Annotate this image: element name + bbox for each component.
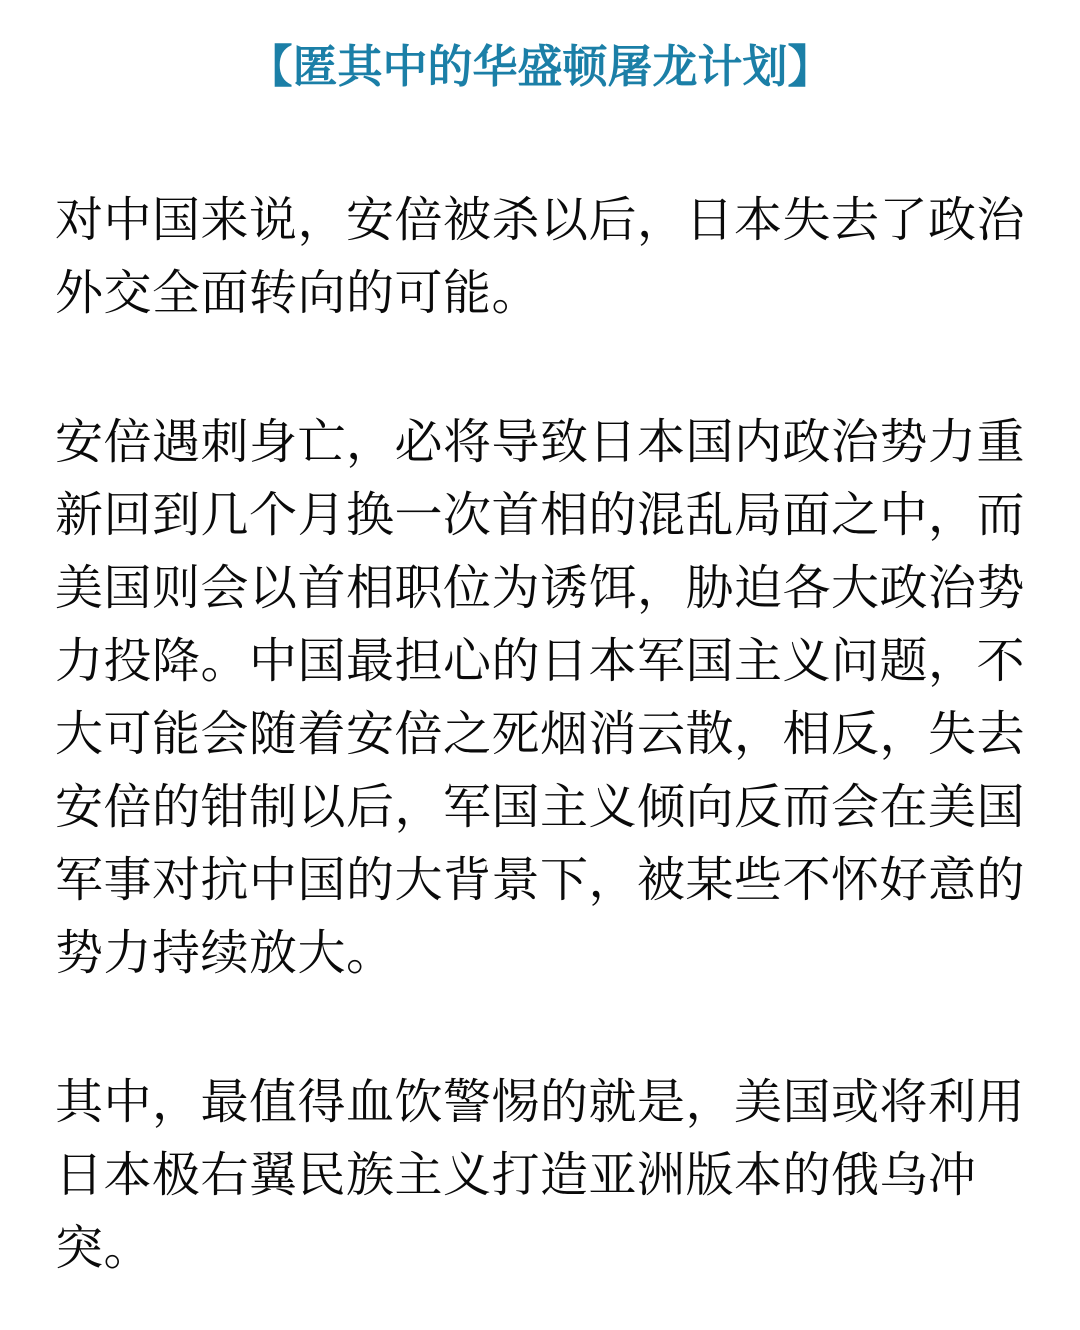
article-page: 【匿其中的华盛顿屠龙计划】 对中国来说，安倍被杀以后，日本失去了政治 外交全面转… bbox=[0, 0, 1080, 1330]
paragraph-1: 对中国来说，安倍被杀以后，日本失去了政治 外交全面转向的可能。 bbox=[55, 184, 1025, 330]
paragraph-2: 安倍遇刺身亡，必将导致日本国内政治势力重 新回到几个月换一次首相的混乱局面之中，… bbox=[55, 406, 1025, 990]
article-body: 对中国来说，安倍被杀以后，日本失去了政治 外交全面转向的可能。 安倍遇刺身亡，必… bbox=[55, 184, 1025, 1285]
paragraph-3: 其中，最值得血饮警惕的就是，美国或将利用 日本极右翼民族主义打造亚洲版本的俄乌冲… bbox=[55, 1066, 1025, 1285]
article-title: 【匿其中的华盛顿屠龙计划】 bbox=[55, 38, 1025, 96]
